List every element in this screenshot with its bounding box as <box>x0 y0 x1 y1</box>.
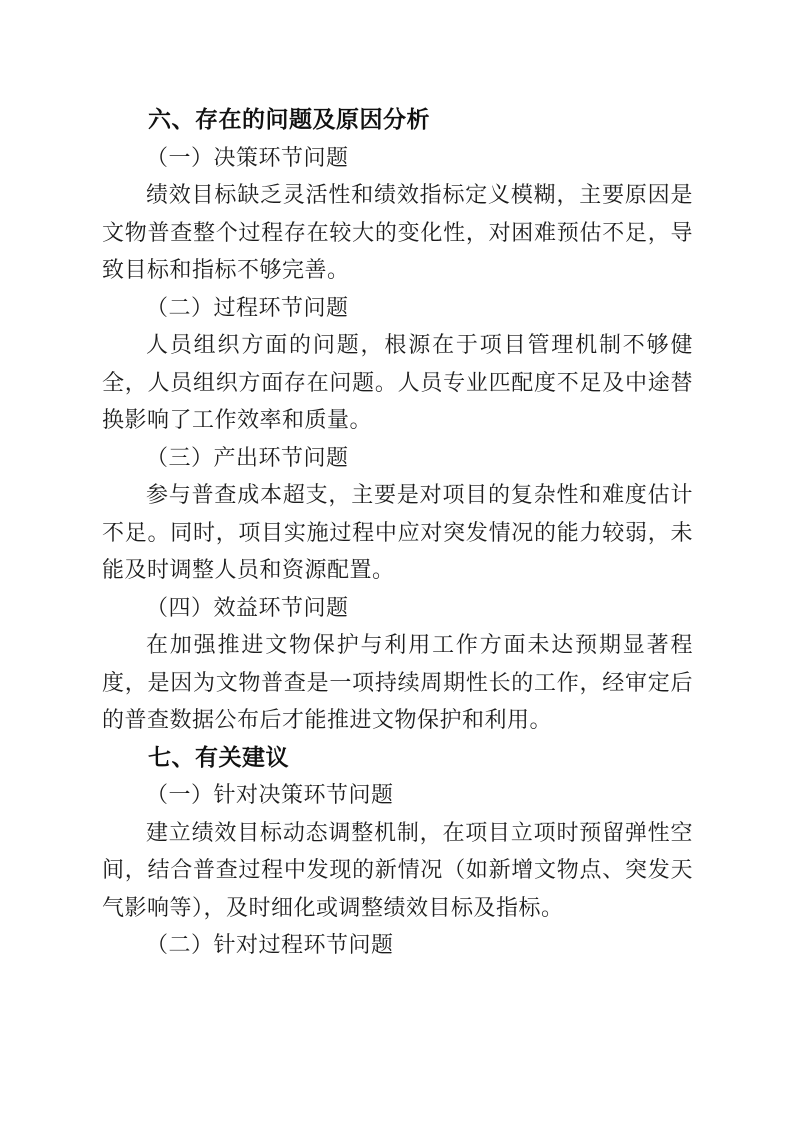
heading-suggestions: 七、有关建议 <box>102 739 693 777</box>
subheading-output-issue: （三）产出环节问题 <box>102 439 693 477</box>
subheading-suggestion-process: （二）针对过程环节问题 <box>102 926 693 964</box>
paragraph-suggestion-decision: 建立绩效目标动态调整机制，在项目立项时预留弹性空间，结合普查过程中发现的新情况（… <box>102 814 693 927</box>
heading-problems-analysis: 六、存在的问题及原因分析 <box>102 101 693 139</box>
subheading-decision-issue: （一）决策环节问题 <box>102 139 693 177</box>
paragraph-process-issue: 人员组织方面的问题，根源在于项目管理机制不够健全，人员组织方面存在问题。人员专业… <box>102 326 693 439</box>
subheading-process-issue: （二）过程环节问题 <box>102 289 693 327</box>
subheading-benefit-issue: （四）效益环节问题 <box>102 589 693 627</box>
subheading-suggestion-decision: （一）针对决策环节问题 <box>102 776 693 814</box>
paragraph-decision-issue: 绩效目标缺乏灵活性和绩效指标定义模糊，主要原因是文物普查整个过程存在较大的变化性… <box>102 176 693 289</box>
document-page: 六、存在的问题及原因分析 （一）决策环节问题 绩效目标缺乏灵活性和绩效指标定义模… <box>0 0 793 1122</box>
paragraph-output-issue: 参与普查成本超支，主要是对项目的复杂性和难度估计不足。同时，项目实施过程中应对突… <box>102 476 693 589</box>
paragraph-benefit-issue: 在加强推进文物保护与利用工作方面未达预期显著程度，是因为文物普查是一项持续周期性… <box>102 626 693 739</box>
